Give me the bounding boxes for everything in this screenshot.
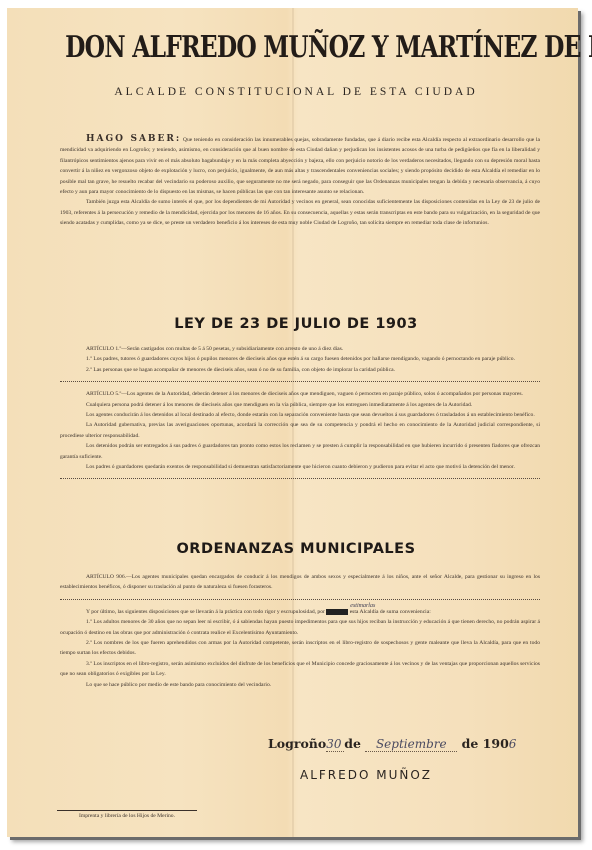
handwritten-year: 6: [509, 737, 517, 751]
dotted-separator: [60, 599, 540, 600]
article-5: ARTÍCULO 5.º—Los agentes de la Autoridad…: [60, 389, 540, 399]
intro-paragraph-1: HAGO SABER: Que teniendo en consideració…: [60, 134, 540, 197]
ordenanza-item: 3.º Los inscriptos en el libro-registro,…: [60, 659, 540, 680]
ley-section: ARTÍCULO 1.º—Serán castigados con multas…: [60, 344, 540, 486]
handwritten-month: Septiembre: [365, 737, 457, 752]
date-line: Logroño30de Septiembre de 1906: [268, 736, 558, 752]
hago-saber-lead: HAGO SABER:: [86, 134, 181, 144]
printer-imprint: Imprenta y librería de los Hijos de Meri…: [57, 810, 197, 819]
ordenanza-item: 2.º Los nombres de los que fueren aprehe…: [60, 638, 540, 659]
document-title: DON ALFREDO MUÑOZ Y MARTÍNEZ DE MORENTIN: [65, 30, 527, 65]
closing-line: Lo que se hace público por medio de este…: [60, 680, 540, 690]
handwritten-annotation: estimarlas: [324, 601, 375, 611]
article-5-para: La Autoridad gubernativa, previas las av…: [60, 420, 540, 441]
final-dispositions: Y por último, las siguientes disposicion…: [60, 607, 540, 617]
article-906: ARTÍCULO 906.—Los agentes municipales qu…: [60, 572, 540, 593]
article-1-item-2: 2.º Las personas que se hagan acompañar …: [60, 365, 540, 375]
ordenanza-item: 1.º Los adultos menores de 30 años que n…: [60, 617, 540, 638]
ordenanzas-section: ARTÍCULO 906.—Los agentes municipales qu…: [60, 572, 540, 690]
redaction-mark: estimarlas: [326, 609, 348, 615]
article-5-para: Los agentes conducirán á los detenidos a…: [60, 410, 540, 420]
intro-section: HAGO SABER: Que teniendo en consideració…: [60, 134, 540, 229]
dotted-separator: [60, 381, 540, 382]
signer-name: ALFREDO MUÑOZ: [300, 768, 432, 782]
dotted-separator: [60, 478, 540, 479]
article-5-para: Cualquiera persona podrá detener á los m…: [60, 400, 540, 410]
intro-paragraph-2: También juzga esta Alcaldía de sumo inte…: [60, 197, 540, 228]
intro-text-1: Que teniendo en consideración las innume…: [60, 137, 540, 195]
ordenanzas-heading: ORDENANZAS MUNICIPALES: [0, 541, 592, 557]
article-1-item-1: 1.º Los padres, tutores ó guardadores cu…: [60, 354, 540, 364]
place-name: Logroño: [268, 736, 326, 751]
handwritten-day: 30: [326, 737, 344, 752]
article-5-para: Los padres ó guardadores quedarán exento…: [60, 462, 540, 472]
document-subtitle: ALCALDE CONSTITUCIONAL DE ESTA CIUDAD: [0, 86, 592, 98]
article-1: ARTÍCULO 1.º—Serán castigados con multas…: [60, 344, 540, 354]
article-5-para: Los detenidos podrán ser entregados á su…: [60, 441, 540, 462]
ley-heading: LEY DE 23 DE JULIO DE 1903: [0, 316, 592, 332]
